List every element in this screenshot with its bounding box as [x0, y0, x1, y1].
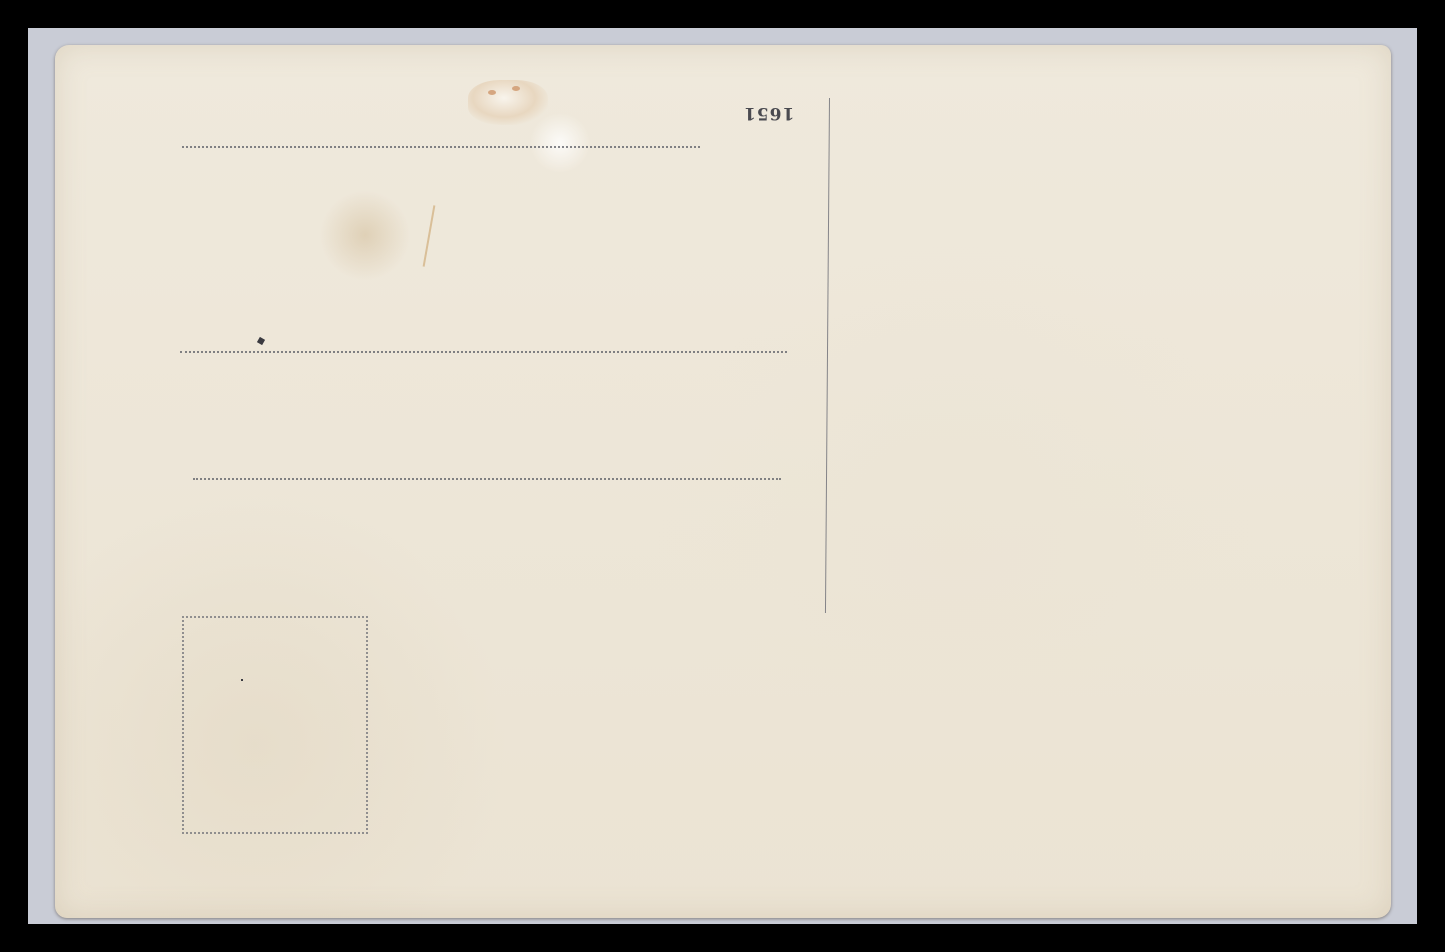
ink-speck	[257, 337, 265, 345]
serial-number: 1651	[743, 103, 794, 123]
postcard-back: 1651	[55, 45, 1391, 918]
stain-streak	[423, 205, 436, 266]
ink-speck	[241, 679, 243, 681]
address-line-2	[180, 351, 787, 353]
address-line-1	[182, 146, 700, 148]
stamp-box	[182, 616, 368, 834]
paper-damage-mark	[468, 80, 548, 125]
center-divider-line	[825, 98, 830, 613]
address-line-3	[193, 478, 781, 480]
